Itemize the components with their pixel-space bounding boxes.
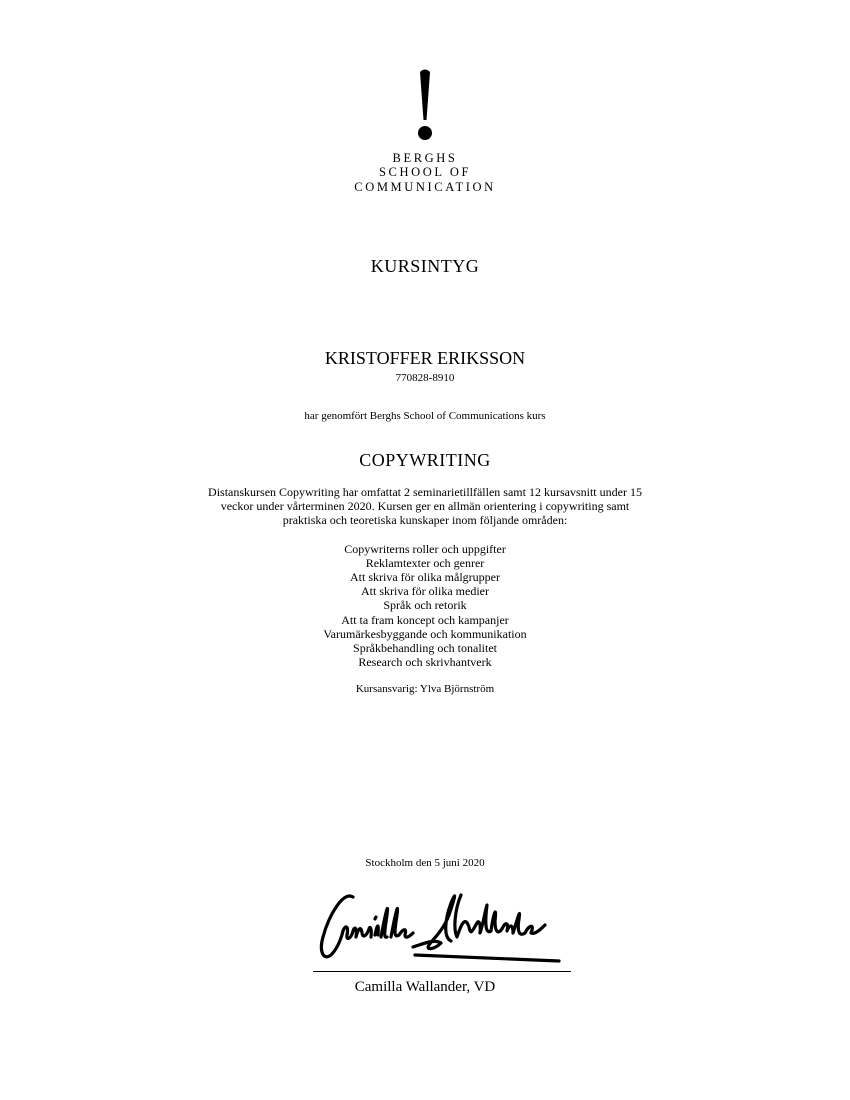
logo-text-line-3: COMMUNICATION [0, 180, 850, 195]
place-and-date: Stockholm den 5 juni 2020 [0, 857, 850, 869]
signatory-name: Camilla Wallander, VD [0, 979, 850, 996]
course-responsible: Kursansvarig: Ylva Björnström [0, 683, 850, 695]
topic-item: Research och skrivhantverk [0, 655, 850, 669]
topic-item: Att skriva för olika medier [0, 584, 850, 598]
student-name: KRISTOFFER ERIKSSON [0, 348, 850, 369]
signature-line [313, 971, 571, 972]
logo-text-line-1: BERGHS [0, 151, 850, 166]
description-line-2: veckor under vårterminen 2020. Kursen ge… [0, 500, 850, 514]
course-name: COPYWRITING [0, 450, 850, 471]
topic-item: Att ta fram koncept och kampanjer [0, 613, 850, 627]
topic-item: Språk och retorik [0, 598, 850, 612]
topic-item: Reklamtexter och genrer [0, 556, 850, 570]
description-line-3: praktiska och teoretiska kunskaper inom … [0, 514, 850, 528]
signature-icon [315, 885, 565, 965]
intro-text: har genomfört Berghs School of Communica… [0, 410, 850, 422]
logo-text-line-2: SCHOOL OF [0, 165, 850, 180]
topic-item: Att skriva för olika målgrupper [0, 570, 850, 584]
student-id-number: 770828-8910 [0, 372, 850, 384]
topic-item: Språkbehandling och tonalitet [0, 641, 850, 655]
document-title: KURSINTYG [0, 256, 850, 277]
topic-item: Copywriterns roller och uppgifter [0, 542, 850, 556]
topic-item: Varumärkesbyggande och kommunikation [0, 627, 850, 641]
description-line-1: Distanskursen Copywriting har omfattat 2… [0, 486, 850, 500]
exclamation-logo-icon [413, 68, 437, 142]
